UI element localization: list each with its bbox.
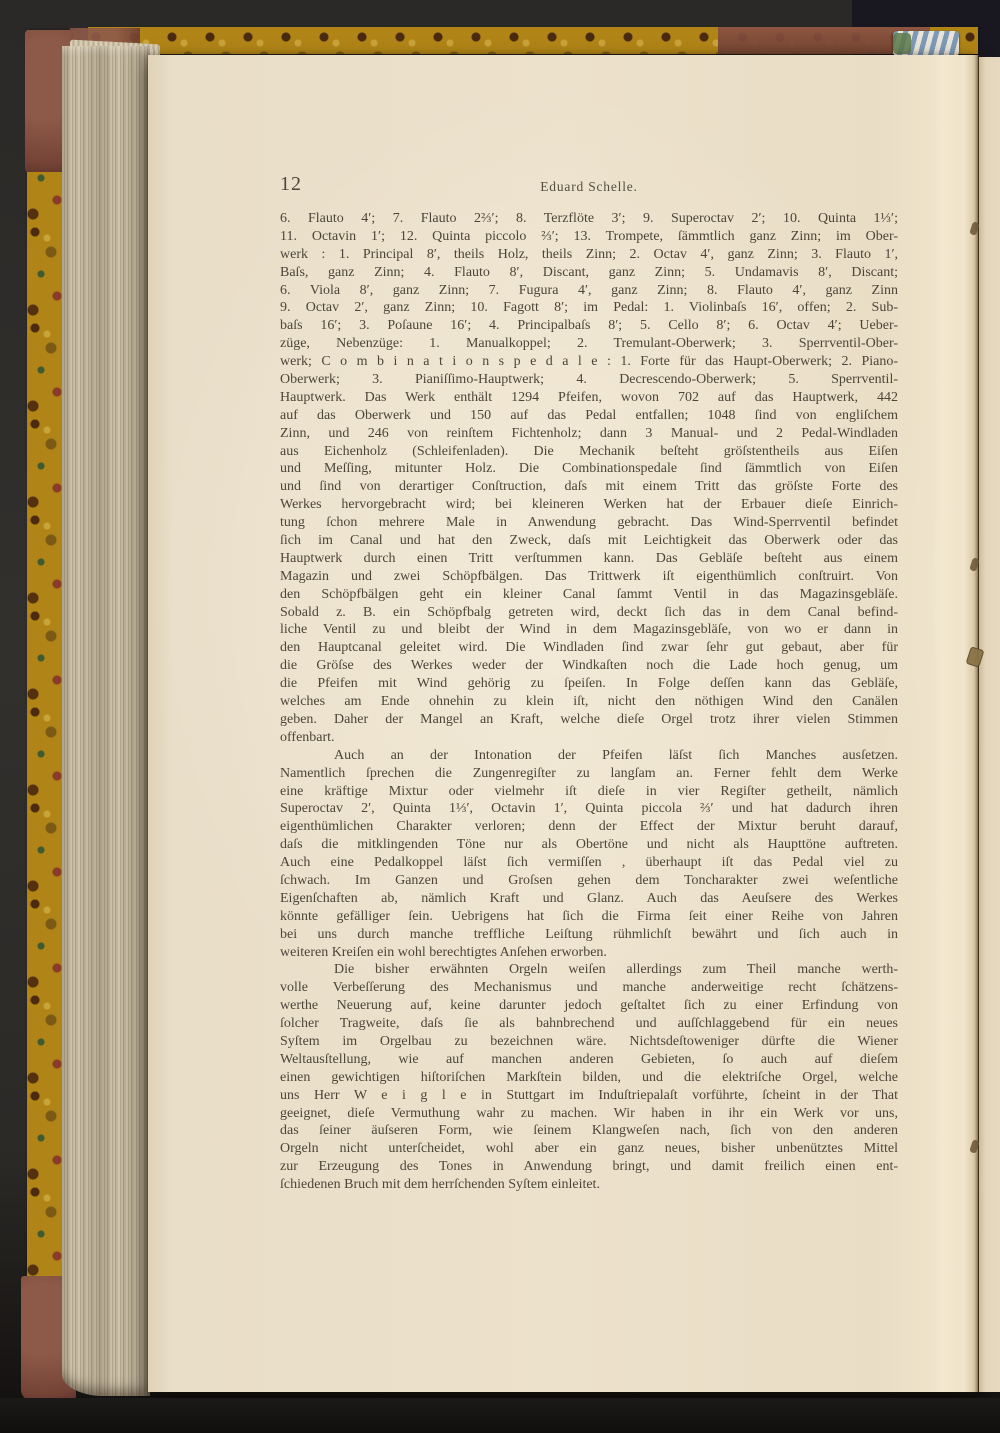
text-line: den Hauptcanal geleitet wird. Die Windla… (280, 639, 898, 657)
text-line: Namentlich ſprechen die Zungenregiſter z… (280, 765, 898, 783)
text-line: zur Erzeugung des Tones in Anwendung bri… (280, 1158, 898, 1176)
text-line: weiteren Kreiſen ein wohl berechtigtes A… (280, 944, 898, 962)
text-line: und ſind von derartiger Conſtruction, da… (280, 478, 898, 496)
text-line: Magazin und zwei Schöpfbälgen. Das Tritt… (280, 568, 898, 586)
page-stack-fore-edge (62, 46, 150, 1396)
text-line: volle Verbeſſerung des Mechanismus und m… (280, 979, 898, 997)
text-line: züge, Nebenzüge: 1. Manualkoppel; 2. Tre… (280, 335, 898, 353)
text-line: Orgeln nicht unterſcheidet, wohl aber ei… (280, 1140, 898, 1158)
text-line: die Pfeifen mit Wind gehörig zu ſpeiſen.… (280, 675, 898, 693)
text-line: Sobald z. B. ein Schöpfbalg getreten wir… (280, 604, 898, 622)
text-line: tung ſchon mehrere Male in Anwendung geb… (280, 514, 898, 532)
text-line: Werkes hervorgebracht wird; bei kleinere… (280, 496, 898, 514)
text-line: uns Herr W e i g l e in Stuttgart im Ind… (280, 1087, 898, 1105)
text-line: baſs 16′; 3. Poſaune 16′; 4. Principalba… (280, 317, 898, 335)
text-line: ſchwach. Im Ganzen und Groſsen gehen dem… (280, 872, 898, 890)
paragraph: Auch an der Intonation der Pfeifen läſst… (280, 747, 898, 962)
text-line: Auch eine Pedalkoppel läſst ſich vermiſſ… (280, 854, 898, 872)
background-bottom-shadow (0, 1398, 1000, 1433)
text-line: die Gröſse des Werkes weder der Windkaſt… (280, 657, 898, 675)
text-line: geeignet, dieſe Vermuthung wahr zu mache… (280, 1105, 898, 1123)
text-line: das ſeiner äuſseren Form, wie ſeinem Kla… (280, 1122, 898, 1140)
text-line: auf das Oberwerk und 150 auf das Pedal e… (280, 407, 898, 425)
text-line: Die bisher erwähnten Orgeln weiſen aller… (280, 961, 898, 979)
text-line: ſich im Canal und hat den Zweck, daſs mi… (280, 532, 898, 550)
headband-green-segment (893, 33, 911, 54)
text-line: 6. Flauto 4′; 7. Flauto 2⅔′; 8. Terzflöt… (280, 210, 898, 228)
text-line: und Meſſing, mitunter Holz. Die Combinat… (280, 460, 898, 478)
book-cover-marbled-edge (27, 30, 67, 1398)
text-line: den Schöpfbälgen geht ein kleiner Canal … (280, 586, 898, 604)
text-line: werk : 1. Principal 8′, theils Holz, the… (280, 246, 898, 264)
text-line: Hauptwerk durch einen Tritt verſtummen k… (280, 550, 898, 568)
text-line: Weltausſtellung, wie auf manchen anderen… (280, 1051, 898, 1069)
text-line: bei uns durch manche treffliche Leiſtung… (280, 926, 898, 944)
text-line: werk; C o m b i n a t i o n s p e d a l … (280, 353, 898, 371)
paragraph: 6. Flauto 4′; 7. Flauto 2⅔′; 8. Terzflöt… (280, 210, 898, 747)
text-line: ſolcher Tragweite, daſs ſie als bahnbrec… (280, 1015, 898, 1033)
book-cover-top-edge (88, 27, 978, 54)
text-line: Superoctav 2′, Quinta 1⅓′, Octavin 1′, Q… (280, 800, 898, 818)
paragraph: Die bisher erwähnten Orgeln weiſen aller… (280, 961, 898, 1194)
text-line: Hauptwerk. Das Werk enthält 1294 Pfeifen… (280, 389, 898, 407)
book-page: 12 Eduard Schelle. 6. Flauto 4′; 7. Flau… (148, 55, 978, 1392)
text-line: Auch an der Intonation der Pfeifen läſst… (280, 747, 898, 765)
body-text: 6. Flauto 4′; 7. Flauto 2⅔′; 8. Terzflöt… (280, 210, 898, 1194)
photo-background: 12 Eduard Schelle. 6. Flauto 4′; 7. Flau… (0, 0, 1000, 1433)
text-line: Eigenſchaften ab, nämlich Kraft und Glan… (280, 890, 898, 908)
text-line: geben. Daher der Mangel an Kraft, welche… (280, 711, 898, 729)
text-line: welches am Ende ohnehin zu klein iſt, ni… (280, 693, 898, 711)
adjacent-page-sliver (979, 57, 1000, 1392)
text-line: daſs die mitklingenden Töne nur als Ober… (280, 836, 898, 854)
gutter-highlight (932, 55, 978, 1392)
running-header: Eduard Schelle. (280, 179, 898, 195)
text-line: 9. Octav 2′, ganz Zinn; 10. Fagott 8′; i… (280, 299, 898, 317)
text-line: könnte gefälliger ſein. Uebrigens hat ſi… (280, 908, 898, 926)
text-line: liche Ventil zu und bleibt der Wind in d… (280, 621, 898, 639)
text-line: ſchiedenen Bruch mit dem herrſchenden Sy… (280, 1176, 898, 1194)
text-line: eigenthümlichen Charakter verloren; denn… (280, 818, 898, 836)
text-line: 6. Viola 8′, ganz Zinn; 7. Fugura 4′, ga… (280, 282, 898, 300)
text-line: Baſs, ganz Zinn; 4. Flauto 8′, Discant, … (280, 264, 898, 282)
text-line: Syſtem im Orgelbau zu bezeichnen wäre. N… (280, 1033, 898, 1051)
text-line: einen gewichtigen hiſtoriſchen Markſtein… (280, 1069, 898, 1087)
text-line: Oberwerk; 3. Pianiſſimo-Hauptwerk; 4. De… (280, 371, 898, 389)
text-line: eine kräftige Mixtur oder vielmehr iſt d… (280, 783, 898, 801)
text-line: offenbart. (280, 729, 898, 747)
text-line: 11. Octavin 1′; 12. Quinta piccolo ⅔′; 1… (280, 228, 898, 246)
text-line: aus Eichenholz (Schleifenladen). Die Mec… (280, 443, 898, 461)
text-line: werthe Neuerung auf, keine darunter jedo… (280, 997, 898, 1015)
text-line: Zinn, und 246 von reinſtem Fichtenholz; … (280, 425, 898, 443)
